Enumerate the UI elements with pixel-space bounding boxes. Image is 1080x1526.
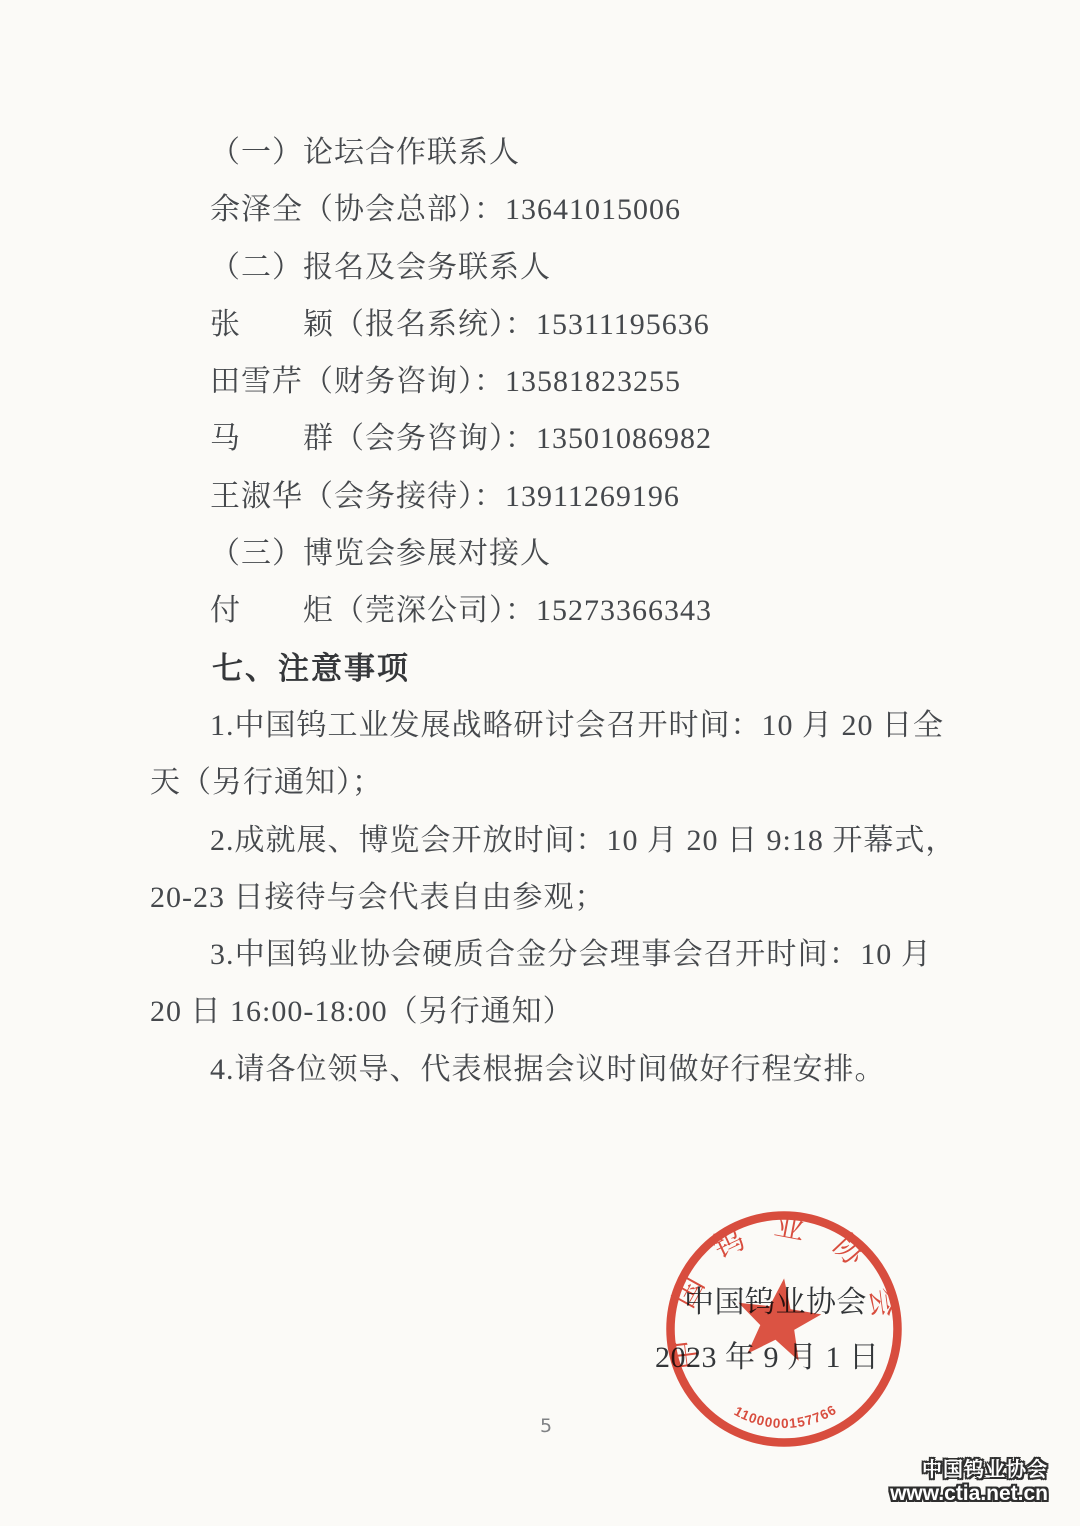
document-line: 张 颖（报名系统）：15311195636 bbox=[150, 296, 932, 353]
site-watermark: 中国钨业协会 www.ctia.net.cn bbox=[890, 1459, 1048, 1506]
watermark-organization: 中国钨业协会 bbox=[890, 1459, 1048, 1482]
document-line: （三）博览会参展对接人 bbox=[150, 525, 932, 582]
official-seal: 中国钨业协会 1100000157766 bbox=[663, 1209, 907, 1453]
document-line: 20 日 16:00-18:00（另行通知） bbox=[150, 983, 932, 1040]
document-line: 3.中国钨业协会硬质合金分会理事会召开时间：10 月 bbox=[150, 926, 932, 983]
document-line: 田雪芹（财务咨询）：13581823255 bbox=[150, 353, 932, 410]
document-body: （一）论坛合作联系人余泽全（协会总部）：13641015006（二）报名及会务联… bbox=[150, 124, 932, 1098]
document-line: （一）论坛合作联系人 bbox=[150, 124, 932, 181]
document-line: 4.请各位领导、代表根据会议时间做好行程安排。 bbox=[150, 1041, 932, 1098]
document-page: （一）论坛合作联系人余泽全（协会总部）：13641015006（二）报名及会务联… bbox=[0, 0, 1080, 1526]
document-line: 付 炬（莞深公司）：15273366343 bbox=[150, 582, 932, 639]
document-line: 天（另行通知）； bbox=[150, 754, 932, 811]
document-line: 1.中国钨工业发展战略研讨会召开时间：10 月 20 日全 bbox=[150, 697, 932, 754]
document-line: 王淑华（会务接待）：13911269196 bbox=[150, 468, 932, 525]
document-line: 2.成就展、博览会开放时间：10 月 20 日 9:18 开幕式， bbox=[150, 812, 932, 869]
document-line: 20-23 日接待与会代表自由参观； bbox=[150, 869, 932, 926]
document-line: 余泽全（协会总部）：13641015006 bbox=[150, 181, 932, 238]
page-number: 5 bbox=[540, 1415, 552, 1437]
watermark-url: www.ctia.net.cn bbox=[890, 1482, 1048, 1506]
section-heading: 七、注意事项 bbox=[150, 640, 932, 697]
document-line: 马 群（会务咨询）：13501086982 bbox=[150, 410, 932, 467]
document-line: （二）报名及会务联系人 bbox=[150, 239, 932, 296]
seal-star-icon bbox=[739, 1278, 822, 1360]
seal-code: 1100000157766 bbox=[732, 1402, 840, 1431]
